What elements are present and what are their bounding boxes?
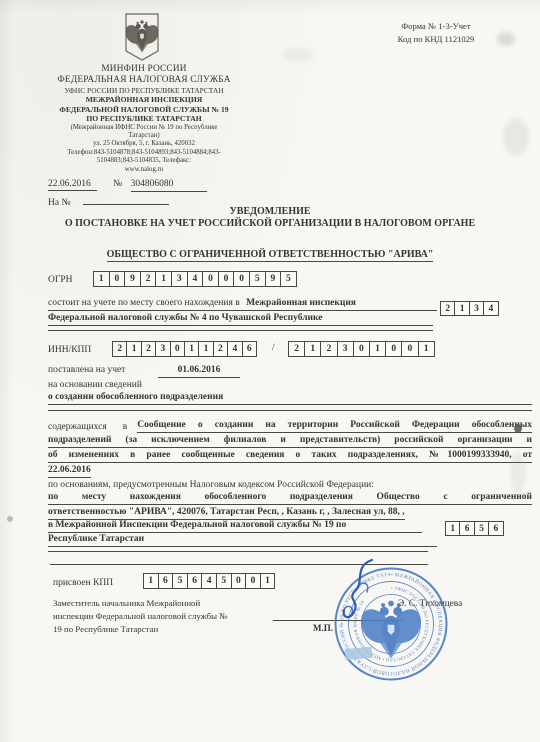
letterhead-line: Телефон:843-5104878;843-5104893;843-5104… [25, 149, 263, 157]
number-sign: № [113, 179, 122, 189]
grounds-line2: ответственностью "АРИВА", 420076, Татарс… [48, 506, 405, 520]
digit-cell: 3 [171, 271, 188, 287]
scanned-tax-notification-document: Форма № 1-3-Учет Код по КНД 1121029 МИНФ… [0, 0, 540, 742]
scan-smudge [510, 452, 526, 494]
contained-prefix: содержащихся [48, 421, 107, 433]
digit-cell: 0 [385, 341, 402, 357]
digit-cell: 6 [158, 573, 174, 589]
digit-cell: 3 [155, 341, 170, 357]
ogrn-boxes: 1092134000595 [93, 271, 297, 287]
digit-cell: 0 [218, 271, 235, 287]
location-inspection-name: Межрайонная инспекция [246, 298, 356, 308]
grounds-line3: в Межрайонной Инспекции Федеральной нало… [48, 519, 422, 533]
digit-cell: 2 [288, 341, 305, 357]
form-number-label: Форма № 1-3-Учет [374, 20, 498, 33]
digit-cell: 1 [93, 271, 110, 287]
scan-smudge [503, 118, 529, 156]
digit-cell: 1 [304, 341, 321, 357]
digit-cell: 4 [227, 341, 242, 357]
ref-row: 22.06.2016 № 304806080 [48, 178, 207, 192]
ogrn-label: ОГРН [48, 274, 73, 286]
digit-cell: 0 [109, 271, 126, 287]
digit-cell: 3 [469, 301, 484, 316]
knd-code-label: Код по КНД 1121029 [374, 33, 498, 46]
location-prefix: состоит на учете по месту своего нахожде… [48, 298, 240, 308]
digit-cell: 6 [242, 341, 257, 357]
letterhead-line: ФЕДЕРАЛЬНОЙ НАЛОГОВОЙ СЛУЖБЫ № 19 [25, 105, 263, 115]
grounds-line4: Республике Татарстан [48, 533, 437, 547]
digit-cell: 5 [280, 271, 297, 287]
digit-cell: 2 [141, 341, 156, 357]
document-title: УВЕДОМЛЕНИЕ [28, 206, 512, 218]
letterhead-line: ул. 25 Октября, 5, г. Казань, 420032 [25, 140, 263, 148]
contained-line3: об изменениях в ранее сообщенные сведени… [48, 449, 532, 463]
scan-speck [514, 424, 522, 433]
inn-boxes: 2123011246 [112, 341, 257, 357]
document-number: 304806080 [131, 178, 207, 192]
location-line2: Федеральной налоговой службы № 4 по Чува… [48, 312, 433, 326]
digit-cell: 1 [369, 341, 386, 357]
digit-cell: 0 [202, 271, 219, 287]
digit-cell: 1 [184, 341, 199, 357]
blank-rule [48, 330, 433, 331]
scan-smudge [497, 32, 515, 46]
digit-cell: 6 [459, 521, 474, 536]
digit-cell: 5 [216, 573, 232, 589]
letterhead-line: Татарстан) [25, 132, 263, 140]
digit-cell: 1 [126, 341, 141, 357]
digit-cell: 2 [140, 271, 157, 287]
letterhead-website: www.nalog.ru [25, 166, 263, 174]
digit-cell: 9 [265, 271, 282, 287]
letterhead: МИНФИН РОССИИ ФЕДЕРАЛЬНАЯ НАЛОГОВАЯ СЛУЖ… [25, 64, 263, 174]
digit-cell: 0 [233, 271, 250, 287]
digit-cell: 2 [213, 341, 228, 357]
company-name: ОБЩЕСТВО С ОГРАНИЧЕННОЙ ОТВЕТСТВЕННОСТЬЮ… [107, 249, 434, 262]
document-subtitle: О ПОСТАНОВКЕ НА УЧЕТ РОССИЙСКОЙ ОРГАНИЗА… [28, 218, 512, 230]
digit-cell: 2 [440, 301, 455, 316]
digit-cell: 1 [445, 521, 460, 536]
digit-cell: 0 [231, 573, 247, 589]
location-line1: состоит на учете по месту своего нахожде… [48, 297, 437, 311]
digit-cell: 2 [112, 341, 127, 357]
document-date: 22.06.2016 [48, 179, 97, 191]
letterhead-line: МИНФИН РОССИИ [25, 64, 263, 75]
digit-cell: 0 [353, 341, 370, 357]
grounds-line1: по месту нахождения обособленного подраз… [48, 491, 532, 505]
letterhead-line: УФНС РОССИИ ПО РЕСПУБЛИКЕ ТАТАРСТАН [25, 86, 263, 95]
scan-speck [7, 516, 13, 522]
digit-cell: 0 [170, 341, 185, 357]
inspection-code-boxes: 1656 [445, 521, 504, 536]
digit-cell: 1 [260, 573, 276, 589]
letterhead-line: 5104883;843-5104835, Телефакс: [25, 157, 263, 165]
letterhead-line: ПО РЕСПУБЛИКЕ ТАТАРСТАН [25, 114, 263, 124]
contained-line4: 22.06.2016 [48, 464, 91, 478]
letterhead-line: ФЕДЕРАЛЬНАЯ НАЛОГОВАЯ СЛУЖБА [25, 75, 263, 86]
digit-cell: 4 [483, 301, 498, 316]
coat-of-arms-icon [121, 11, 163, 63]
blank-rule [48, 551, 428, 552]
registered-date-label: поставлена на учет [48, 364, 125, 376]
digit-cell: 9 [124, 271, 141, 287]
contained-line1: Сообщение о создании на территории Росси… [137, 419, 532, 433]
digit-cell: 1 [198, 341, 213, 357]
basis-value: о создании обособленного подразделения [48, 391, 532, 405]
inn-kpp-label: ИНН/КПП [48, 344, 91, 356]
digit-cell: 6 [488, 521, 503, 536]
official-title-line: инспекции Федеральной налоговой службы № [53, 610, 261, 623]
digit-cell: 5 [249, 271, 266, 287]
letterhead-line: МЕЖРАЙОННАЯ ИНСПЕКЦИЯ [25, 95, 263, 105]
digit-cell: 5 [172, 573, 188, 589]
official-title-line: 19 по Республике Татарстан [53, 623, 261, 636]
digit-cell: 1 [155, 271, 172, 287]
digit-cell: 1 [418, 341, 435, 357]
company-name-row: ОБЩЕСТВО С ОГРАНИЧЕННОЙ ОТВЕТСТВЕННОСТЬЮ… [28, 244, 512, 262]
basis-label: на основании сведений [48, 379, 142, 391]
na-number-blank [83, 193, 169, 205]
kpp-assigned-label: присвоен КПП [53, 577, 113, 589]
grounds-intro: по основаниям, предусмотренным Налоговым… [48, 479, 374, 491]
scan-smudge [282, 48, 314, 62]
official-title: Заместитель начальника Межрайонной инспе… [53, 597, 261, 636]
letterhead-line: (Межрайонная ИФНС России № 19 по Республ… [25, 124, 263, 132]
digit-cell: 2 [320, 341, 337, 357]
digit-cell: 4 [187, 271, 204, 287]
contained-row1: содержащихся в Сообщение о создании на т… [48, 419, 532, 433]
handwritten-signature [334, 556, 390, 628]
registered-date: 01.06.2016 [158, 364, 240, 378]
digit-cell: 3 [337, 341, 354, 357]
digit-cell: 0 [401, 341, 418, 357]
contained-in: в [123, 421, 128, 433]
stamp-inset-box [345, 647, 373, 660]
inn-kpp-slash: / [272, 342, 275, 354]
digit-cell: 1 [143, 573, 159, 589]
digit-cell: 1 [454, 301, 469, 316]
digit-cell: 4 [201, 573, 217, 589]
official-title-line: Заместитель начальника Межрайонной [53, 597, 261, 610]
blank-rule [48, 410, 532, 411]
form-info: Форма № 1-3-Учет Код по КНД 1121029 [374, 20, 498, 46]
kpp-boxes: 212301001 [288, 341, 435, 357]
digit-cell: 0 [245, 573, 261, 589]
digit-cell: 5 [474, 521, 489, 536]
digit-cell: 6 [187, 573, 203, 589]
tax-authority-code-boxes: 2134 [440, 301, 499, 316]
kpp-assigned-boxes: 165645001 [143, 573, 275, 589]
contained-line2: подразделений (за исключением филиалов и… [48, 434, 532, 448]
